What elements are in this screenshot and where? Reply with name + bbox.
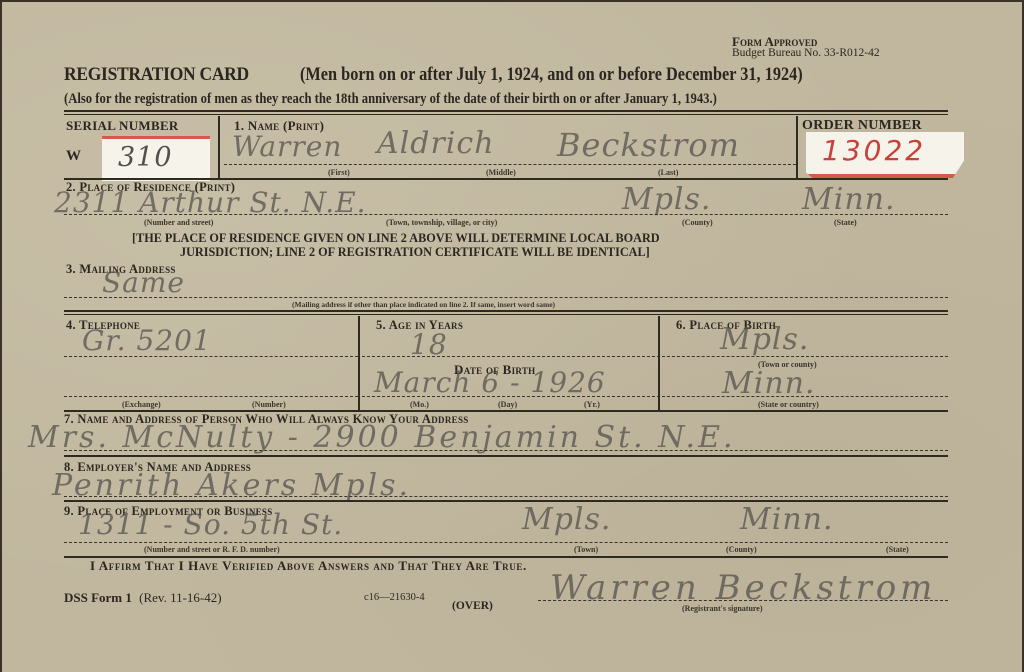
dob-caption-day: (Day) [498, 400, 517, 409]
name-caption-last: (Last) [658, 168, 678, 177]
name-first-value: Warren [232, 130, 342, 163]
print-code: c16—21630-4 [364, 592, 425, 603]
dob-caption-year: (Yr.) [584, 400, 600, 409]
registrant-signature: Warren Beckstrom [550, 568, 936, 608]
name-caption-middle: (Middle) [486, 168, 516, 177]
order-number-sticker: 13022 [806, 132, 964, 178]
order-number-value: 13022 [822, 134, 926, 167]
divider [658, 316, 660, 410]
name-line [224, 164, 796, 165]
telephone-caption-exchange: (Exchange) [122, 400, 161, 409]
residence-line [64, 214, 948, 215]
name-caption-first: (First) [328, 168, 350, 177]
dob-caption-month: (Mo.) [410, 400, 429, 409]
card-title-eligibility: (Men born on or after July 1, 1924, and … [300, 65, 803, 86]
serial-number-value: 310 [118, 142, 173, 173]
employment-caption-county: (County) [726, 545, 757, 554]
residence-city-value: Mpls. [622, 182, 711, 217]
telephone-value: Gr. 5201 [82, 324, 212, 357]
residence-caption-town: (Town, township, village, or city) [386, 218, 497, 227]
mailing-line [64, 297, 948, 298]
date-of-birth-value: March 6 - 1926 [374, 366, 606, 399]
form-id-name: DSS Form 1 [64, 590, 132, 605]
residence-notice-line2: JURISDICTION; LINE 2 OF REGISTRATION CER… [180, 244, 650, 260]
residence-state-value: Minn. [802, 182, 896, 217]
mailing-address-value: Same [102, 266, 185, 299]
divider [796, 116, 798, 178]
serial-prefix: W [66, 148, 81, 165]
birthplace-line [662, 356, 948, 357]
residence-caption-county: (County) [682, 218, 713, 227]
divider [64, 310, 948, 312]
mailing-caption: (Mailing address if other than place ind… [292, 300, 555, 309]
employment-line [64, 542, 948, 543]
contact-line [64, 450, 948, 451]
card-title: REGISTRATION CARD [64, 64, 249, 86]
employment-street-value: 1311 - So. 5th St. [78, 508, 343, 541]
over-indicator: (OVER) [452, 600, 493, 612]
telephone-line-2 [64, 396, 358, 397]
card-also-line: (Also for the registration of men as the… [64, 91, 717, 108]
budget-bureau-number: Budget Bureau No. 33-R012-42 [732, 47, 880, 59]
divider [358, 316, 360, 410]
signature-line [538, 600, 948, 601]
employment-caption-state: (State) [886, 545, 909, 554]
name-last-value: Beckstrom [557, 126, 740, 164]
form-revision: (Rev. 11-16-42) [139, 590, 221, 605]
birthplace-caption-state: (State or country) [758, 400, 819, 409]
signature-caption: (Registrant's signature) [682, 604, 763, 613]
employment-caption-town: (Town) [574, 545, 598, 554]
employment-state-value: Minn. [740, 502, 834, 537]
employment-town-value: Mpls. [522, 502, 611, 537]
affirmation-text: I Affirm That I Have Verified Above Answ… [90, 558, 527, 574]
form-id: DSS Form 1 (Rev. 11-16-42) [64, 590, 222, 606]
birthplace-town-value: Mpls. [720, 322, 809, 357]
divider [64, 110, 948, 112]
birthplace-line-2 [662, 396, 948, 397]
residence-caption-state: (State) [834, 218, 857, 227]
employer-value: Penrith Akers Mpls. [52, 468, 411, 503]
serial-number-sticker: 310 [102, 136, 210, 181]
telephone-line [64, 356, 358, 357]
order-number-label: ORDER NUMBER [802, 118, 922, 134]
divider [218, 116, 220, 178]
name-middle-value: Aldrich [377, 126, 495, 161]
registration-card: Form Approved Budget Bureau No. 33-R012-… [2, 2, 1022, 672]
age-line [362, 356, 660, 357]
serial-number-label: SERIAL NUMBER [66, 118, 179, 134]
residence-caption-street: (Number and street) [144, 218, 213, 227]
dob-line [362, 396, 660, 397]
employer-line [64, 496, 948, 497]
divider [64, 455, 948, 457]
telephone-caption-number: (Number) [252, 400, 286, 409]
divider [64, 114, 948, 115]
divider [64, 314, 948, 315]
employment-caption-street: (Number and street or R. F. D. number) [144, 545, 280, 554]
